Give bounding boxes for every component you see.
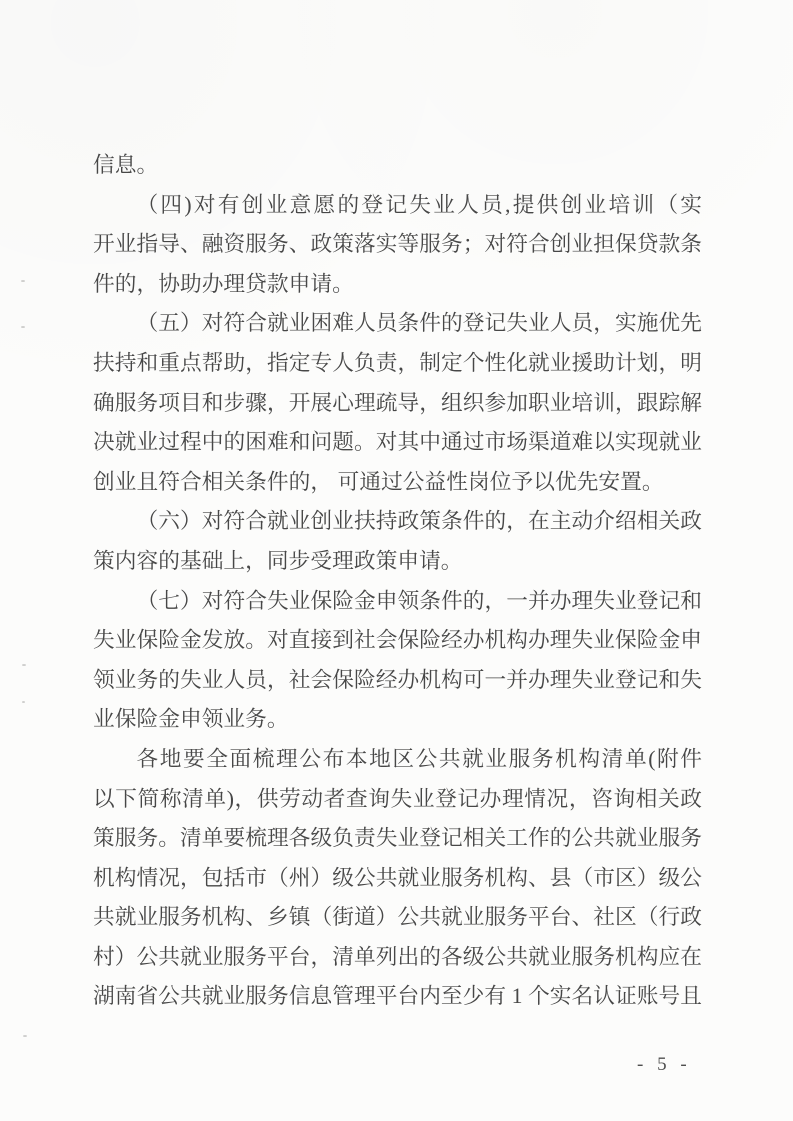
text-line: 信息。 bbox=[93, 146, 702, 186]
scan-speck bbox=[21, 326, 25, 328]
text-line: 机构情况，包括市（州）级公共就业服务机构、县（市区）级公 bbox=[93, 859, 702, 899]
text-line: 策内容的基础上，同步受理政策申请。 bbox=[93, 542, 702, 582]
text-line: 确服务项目和步骤，开展心理疏导，组织参加职业培训，跟踪解 bbox=[93, 384, 702, 424]
text-line: 业保险金申领业务。 bbox=[93, 700, 702, 740]
text-line: （六）对符合就业创业扶持政策条件的，在主动介绍相关政 bbox=[93, 502, 702, 542]
text-line: 策服务。清单要梳理各级负责失业登记相关工作的公共就业服务 bbox=[93, 819, 702, 859]
document-page: 信息。（四)对有创业意愿的登记失业人员,提供创业培训（实训）、开业指导、融资服务… bbox=[0, 0, 793, 1121]
text-line: 各地要全面梳理公布本地区公共就业服务机构清单(附件 3， bbox=[93, 740, 702, 780]
scan-speck bbox=[21, 280, 25, 282]
text-line: 共就业服务机构、乡镇（街道）公共就业服务平台、社区（行政 bbox=[93, 898, 702, 938]
text-line: （四)对有创业意愿的登记失业人员,提供创业培训（实训）、 bbox=[93, 186, 702, 226]
scan-speck bbox=[22, 701, 25, 703]
scan-speck bbox=[22, 664, 26, 666]
scan-speck bbox=[23, 1035, 27, 1037]
text-line: 以下简称清单)，供劳动者查询失业登记办理情况，咨询相关政 bbox=[93, 780, 702, 820]
text-line: 件的，协助办理贷款申请。 bbox=[93, 265, 702, 305]
page-number: - 5 - bbox=[637, 1053, 691, 1077]
text-line: 决就业过程中的困难和问题。对其中通过市场渠道难以实现就业 bbox=[93, 423, 702, 463]
document-body: 信息。（四)对有创业意愿的登记失业人员,提供创业培训（实训）、开业指导、融资服务… bbox=[93, 146, 702, 1017]
text-line: （七）对符合失业保险金申领条件的，一并办理失业登记和 bbox=[93, 582, 702, 622]
text-line: 开业指导、融资服务、政策落实等服务；对符合创业担保贷款条 bbox=[93, 225, 702, 265]
text-line: 扶持和重点帮助，指定专人负责，制定个性化就业援助计划，明 bbox=[93, 344, 702, 384]
text-line: 失业保险金发放。对直接到社会保险经办机构办理失业保险金申 bbox=[93, 621, 702, 661]
text-line: 湖南省公共就业服务信息管理平台内至少有 1 个实名认证账号且 bbox=[93, 977, 702, 1017]
text-line: 村）公共就业服务平台，清单列出的各级公共就业服务机构应在 bbox=[93, 938, 702, 978]
text-line: （五）对符合就业困难人员条件的登记失业人员，实施优先 bbox=[93, 304, 702, 344]
text-line: 创业且符合相关条件的， 可通过公益性岗位予以优先安置。 bbox=[93, 463, 702, 503]
text-line: 领业务的失业人员，社会保险经办机构可一并办理失业登记和失 bbox=[93, 661, 702, 701]
